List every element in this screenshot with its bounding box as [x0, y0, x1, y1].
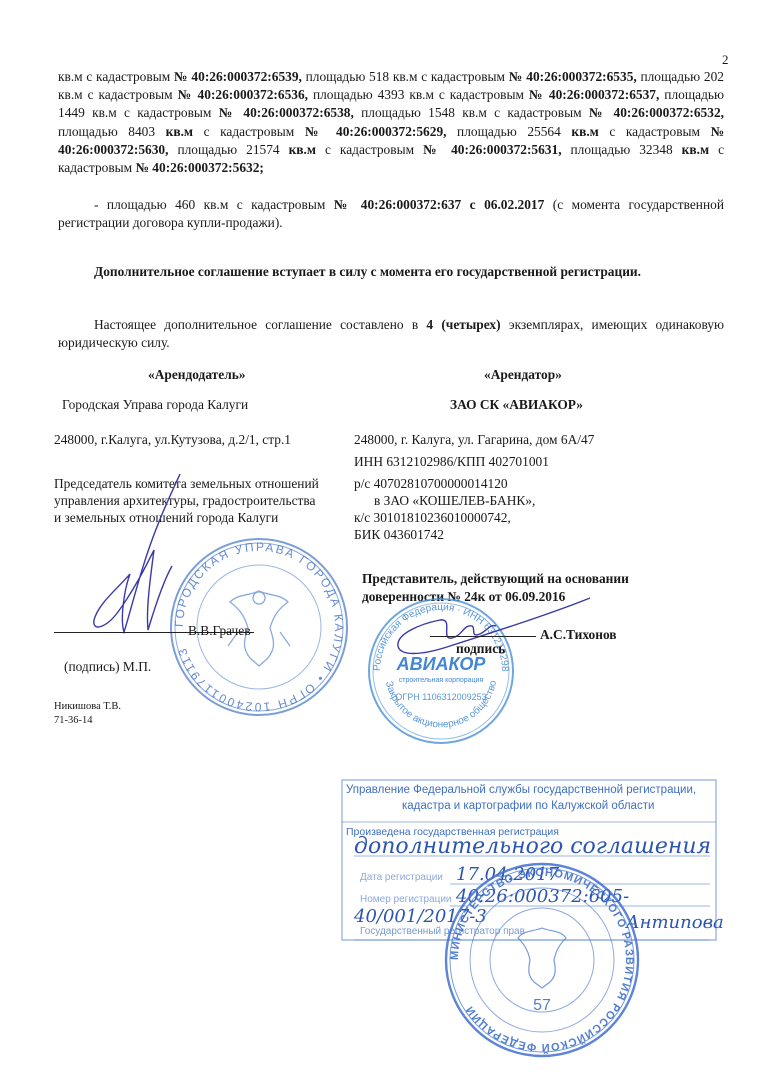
landlord-signatory: В.В.Грачев	[188, 622, 251, 640]
registrar-signature: Антипова	[626, 912, 724, 933]
registration-handwritten-date: 17.04.2017	[456, 864, 559, 885]
tenant-inn-kpp: ИНН 6312102986/КПП 402701001	[354, 453, 549, 471]
landlord-address: 248000, г.Калуга, ул.Кутузова, д.2/1, ст…	[54, 431, 291, 449]
registrar-label: Государственный регистратор прав	[360, 926, 525, 937]
tenant-heading: «Арендатор»	[484, 366, 562, 384]
registration-handwritten-number-2: 40/001/2017-3	[354, 906, 487, 927]
paragraph-cadastral-list: кв.м с кадастровым № 40:26:000372:6539, …	[58, 68, 724, 177]
tenant-bik: БИК 043601742	[354, 526, 444, 544]
paragraph-effective-date: Дополнительное соглашение вступает в сил…	[58, 263, 724, 281]
page-number: 2	[722, 52, 729, 68]
tenant-round-stamp: Российская Федерация · ИНН 6312102986 · …	[366, 596, 516, 746]
tenant-signature-line	[430, 636, 536, 637]
tenant-representative-1: Представитель, действующий на основании	[362, 570, 629, 588]
svg-text:Закрытое акционерное общество: Закрытое акционерное общество	[383, 679, 499, 731]
registration-title-2: кадастра и картографии по Калужской обла…	[402, 800, 654, 812]
landlord-position-1: Председатель комитета земельных отношени…	[54, 475, 319, 493]
tenant-bank: в ЗАО «КОШЕЛЕВ-БАНК»,	[374, 492, 535, 510]
landlord-heading: «Арендодатель»	[148, 366, 246, 384]
registration-handwritten-number-1: 40:26:000372:605-	[456, 886, 629, 907]
paragraph-plot-637: - площадью 460 кв.м с кадастровым № 40:2…	[58, 196, 724, 232]
tenant-name: ЗАО СК «АВИАКОР»	[450, 396, 583, 414]
executor-phone: 71-36-14	[54, 714, 93, 727]
tenant-account: р/с 40702810700000014120	[354, 475, 508, 493]
registration-stamp: Управление Федеральной службы государств…	[340, 776, 718, 946]
svg-text:строительная корпорация: строительная корпорация	[399, 677, 484, 684]
landlord-position-3: и земельных отношений города Калуги	[54, 509, 278, 527]
registration-handwritten-type: дополнительного соглашения	[354, 834, 711, 859]
landlord-position-2: управления архитектуры, градостроительст…	[54, 492, 315, 510]
svg-text:57: 57	[533, 997, 551, 1014]
tenant-signature-caption: подпись	[456, 640, 505, 658]
svg-text:Российская Федерация · ИНН 631: Российская Федерация · ИНН 6312102986 · …	[366, 596, 510, 672]
landlord-name: Городская Управа города Калуги	[62, 396, 248, 414]
paragraph-copies: Настоящее дополнительное соглашение сост…	[58, 316, 724, 352]
svg-text:ОГРН 1106312009253: ОГРН 1106312009253	[395, 692, 486, 702]
tenant-corr-account: к/с 30101810236010000742,	[354, 509, 511, 527]
registration-number-label: Номер регистрации	[360, 894, 452, 905]
registration-date-label: Дата регистрации	[360, 872, 443, 883]
landlord-signature-caption: (подпись) М.П.	[64, 658, 151, 676]
tenant-signatory: А.С.Тихонов	[540, 626, 617, 644]
tenant-representative-2: доверенности № 24к от 06.09.2016	[362, 588, 565, 606]
tenant-address: 248000, г. Калуга, ул. Гагарина, дом 6А/…	[354, 431, 594, 449]
registration-title-1: Управление Федеральной службы государств…	[346, 784, 696, 796]
executor-name: Никишова Т.В.	[54, 700, 121, 713]
